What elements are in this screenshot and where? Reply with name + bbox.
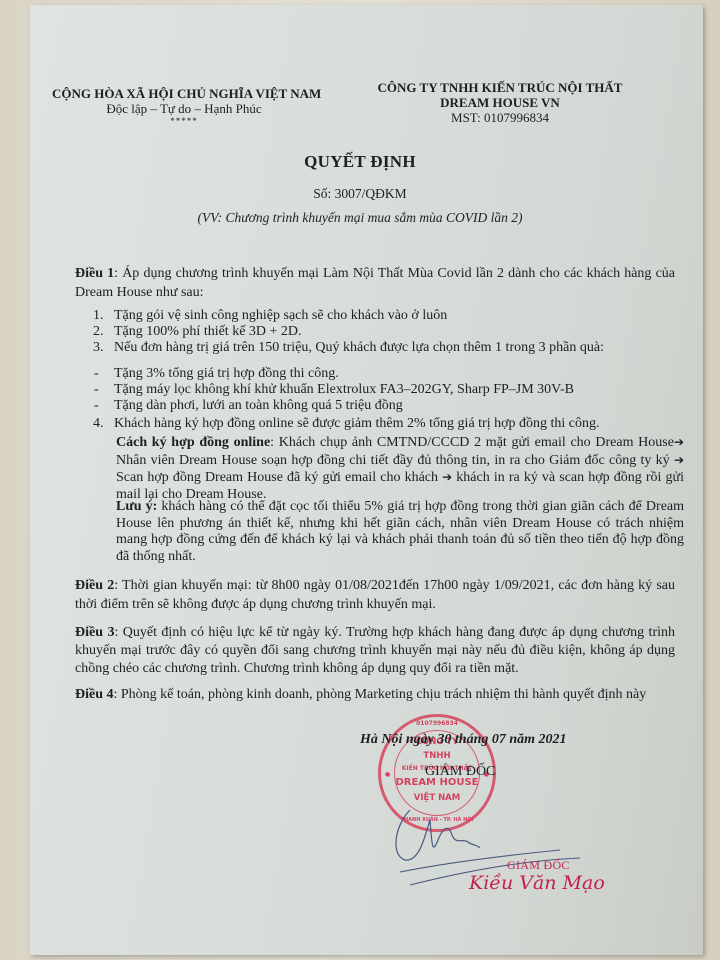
signing-date: Hà Nội ngày 30 tháng 07 năm 2021: [360, 732, 567, 748]
list-item: 4.Khách hàng ký hợp đồng online sẽ được …: [93, 416, 600, 432]
company-header: CÔNG TY TNHH KIẾN TRÚC NỘI THẤT DREAM HO…: [360, 80, 640, 125]
article-4-label: Điều 4: [75, 687, 114, 702]
list-item: -Tặng 3% tổng giá trị hợp đồng thi công.: [94, 366, 574, 382]
arrow-right-icon: ➔: [674, 453, 684, 467]
list-item: 1.Tặng gói vệ sinh công nghiệp sạch sẽ c…: [93, 308, 604, 324]
list-item: 2.Tặng 100% phí thiết kế 3D + 2D.: [93, 324, 604, 340]
article-4: Điều 4: Phòng kế toán, phòng kinh doanh,…: [75, 685, 675, 704]
document-number: Số: 3007/QĐKM: [0, 186, 720, 202]
arrow-right-icon: ➔: [442, 470, 452, 484]
list-item: -Tặng máy lọc không khí khử khuẩn Elextr…: [94, 382, 574, 398]
signer-name: Kiều Văn Mạo: [469, 872, 605, 894]
national-header: CỘNG HÒA XÃ HỘI CHỦ NGHĨA VIỆT NAM Độc l…: [52, 86, 316, 126]
article-1-text: : Áp dụng chương trình khuyến mại Làm Nộ…: [75, 266, 675, 300]
note-label: Lưu ý:: [116, 499, 157, 514]
company-name-line1: CÔNG TY TNHH KIẾN TRÚC NỘI THẤT: [360, 80, 640, 95]
arrow-right-icon: ➔: [674, 435, 684, 449]
article-3-label: Điều 3: [75, 625, 114, 640]
national-title: CỘNG HÒA XÃ HỘI CHỦ NGHĨA VIỆT NAM: [52, 86, 316, 101]
article-1-intro: Điều 1: Áp dụng chương trình khuyến mại …: [75, 264, 675, 302]
article-1-item-4: 4.Khách hàng ký hợp đồng online sẽ được …: [93, 416, 600, 432]
article-2: Điều 2: Thời gian khuyến mại: từ 8h00 ng…: [75, 576, 675, 614]
article-1-label: Điều 1: [75, 266, 114, 281]
article-3: Điều 3: Quyết định có hiệu lực kể từ ngà…: [75, 624, 675, 678]
article-1-list: 1.Tặng gói vệ sinh công nghiệp sạch sẽ c…: [93, 308, 604, 356]
note-paragraph: Lưu ý: khách hàng có thể đặt cọc tối thi…: [116, 499, 684, 565]
document-subject: (VV: Chương trình khuyến mại mua sắm mùa…: [0, 210, 720, 226]
national-motto: Độc lập – Tự do – Hạnh Phúc: [52, 101, 316, 116]
header-stars: *****: [52, 116, 316, 126]
article-2-label: Điều 2: [75, 578, 114, 593]
online-signing-label: Cách ký hợp đồng online: [116, 435, 270, 450]
document-title: QUYẾT ĐỊNH: [0, 152, 720, 172]
company-name-line2: DREAM HOUSE VN: [360, 95, 640, 110]
signer-title-stamp: GIÁM ĐỐC: [507, 858, 570, 873]
company-tax-id: MST: 0107996834: [360, 110, 640, 125]
list-item: 3.Nếu đơn hàng trị giá trên 150 triệu, Q…: [93, 340, 604, 356]
signer-role: GIÁM ĐỐC: [425, 764, 495, 780]
list-item: -Tặng dàn phơi, lưới an toàn không quá 5…: [94, 398, 574, 414]
online-signing-procedure: Cách ký hợp đồng online: Khách chụp ảnh …: [116, 434, 684, 503]
gift-options-list: -Tặng 3% tổng giá trị hợp đồng thi công.…: [94, 366, 574, 414]
